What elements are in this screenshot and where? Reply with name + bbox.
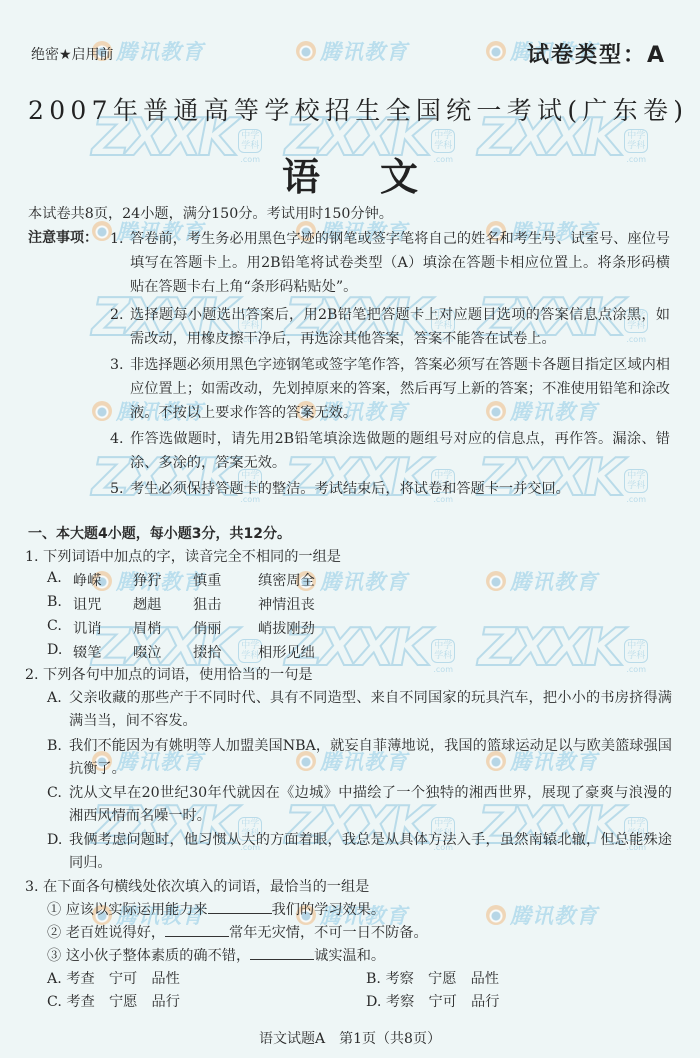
note-item: 3.非选择题必须用黑色字迹钢笔或签字笔作答，答案必须写在答题卡各题目指定区域内相… [110,353,670,425]
answer-blank [165,924,229,937]
secret-mark: 绝密★启用前 [31,44,114,64]
q3-sentence-3: ③ 这小伙子整体素质的确不错，诚实温和。 [47,945,385,965]
question-2-stem: 2. 下列各句中加点的词语，使用恰当的一句是 [25,664,313,684]
subject-title: 语文 [0,146,700,201]
note-item: 1.答卷前，考生务必用黑色字迹的钢笔或签字笔将自己的姓名和考生号、试室号、座位号… [110,227,670,299]
question-3-stem: 3. 在下面各句横线处依次填入的词语，最恰当的一组是 [25,876,369,896]
q1-option-d: D. 辍笔 啜泣 掇拾 相形见绌 [47,642,315,662]
exam-intro: 本试卷共8页，24小题，满分150分。考试用时150分钟。 [28,203,393,226]
exam-page: 腾讯教育 腾讯教育 腾讯教育 腾讯教育 腾讯教育 腾讯教育 腾讯教育 腾讯教育 … [0,0,700,1058]
q1-option-b: B. 诅咒 趔趄 狙击 神情沮丧 [47,594,315,614]
q2-option-c: C.沈从文早在20世纪30年代就因在《边城》中描绘了一个独特的湘西世界，展现了豪… [47,782,672,827]
q3-option-a: A. 考查 宁可 品性 [47,968,180,988]
q1-option-c: C. 讥诮 眉梢 俏丽 峭拔刚劲 [47,618,315,638]
q1-option-a: A. 峥嵘 狰狞 慎重 缜密周全 [47,570,315,590]
note-item: 4.作答选做题时，请先用2B铅笔填涂选做题的题组号对应的信息点，再作答。漏涂、错… [110,427,670,475]
answer-blank [250,947,314,960]
q3-sentence-2: ② 老百姓说得好，常年无灾情，不可一日不防备。 [47,922,428,942]
page-footer: 语文试题A 第1页（共8页） [0,1028,700,1048]
answer-blank [208,901,272,914]
notes-label: 注意事项： [28,227,98,247]
exam-content: 绝密★启用前 试卷类型：A 2007年普通高等学校招生全国统一考试(广东卷) 语… [0,0,700,1058]
q3-option-b: B. 考察 宁愿 品性 [366,968,499,988]
note-item: 5.考生必须保持答题卡的整洁。考试结束后，将试卷和答题卡一并交回。 [110,477,670,501]
note-item: 2.选择题每小题选出答案后，用2B铅笔把答题卡上对应题目选项的答案信息点涂黑，如… [110,303,670,351]
section-heading: 一、本大题4小题，每小题3分，共12分。 [28,523,291,543]
q3-option-d: D. 考察 宁可 品行 [366,991,499,1011]
question-1-stem: 1. 下列词语中加点的字，读音完全不相同的一组是 [25,546,341,566]
q3-option-c: C. 考查 宁愿 品行 [47,991,180,1011]
q2-option-a: A.父亲收藏的那些产于不同时代、具有不同造型、来自不同国家的玩具汽车，把小小的书… [47,687,672,732]
exam-title: 2007年普通高等学校招生全国统一考试(广东卷) [28,91,688,127]
q3-sentence-1: ① 应该以实际运用能力来我们的学习效果。 [47,899,385,919]
q2-option-d: D.我俩考虑问题时，他习惯从大的方面着眼，我总是从具体方法入手，虽然南辕北辙，但… [47,829,672,874]
paper-type: 试卷类型：A [527,38,666,69]
q2-option-b: B.我们不能因为有姚明等人加盟美国NBA，就妄自菲薄地说，我国的篮球运动足以与欧… [47,735,672,780]
